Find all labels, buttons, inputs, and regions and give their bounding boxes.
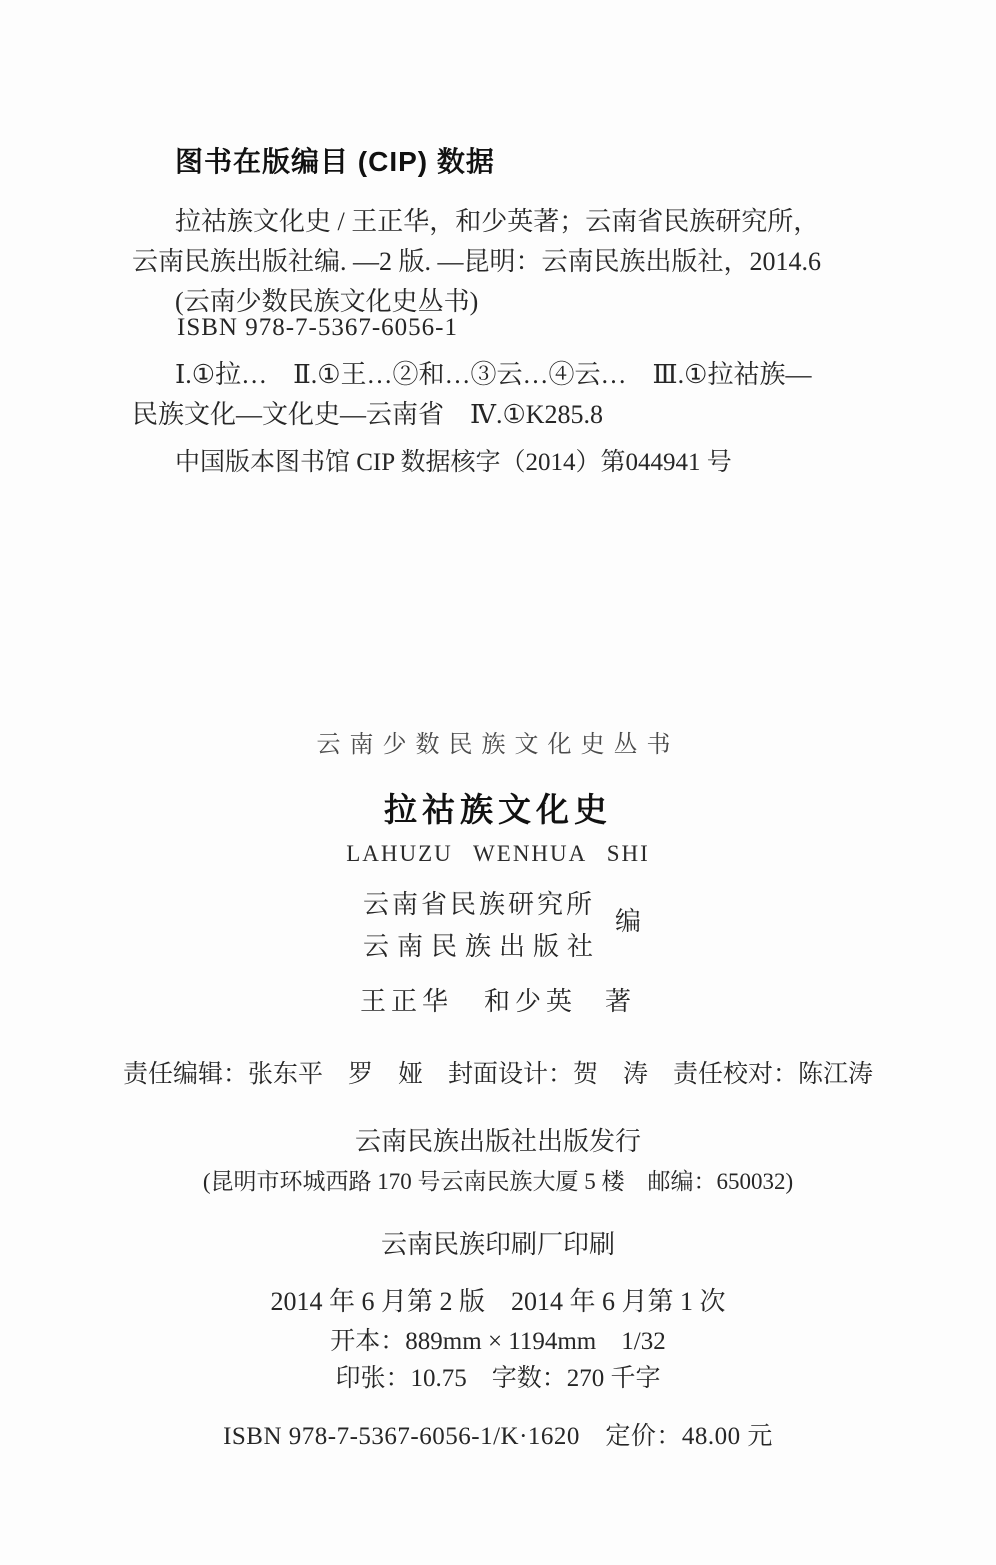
isbn-price-line: ISBN 978-7-5367-6056-1/K·1620 定价：48.00 元: [0, 1416, 996, 1452]
cip-series-note: (云南少数民族文化史丛书): [175, 281, 478, 318]
editor-org-publisher: 云南民族出版社: [363, 926, 601, 968]
cip-isbn: ISBN 978-7-5367-6056-1: [177, 314, 458, 342]
author-names: 王正华 和少英: [360, 987, 577, 1016]
format-line: 开本：889mm × 1194mm 1/32: [0, 1321, 996, 1357]
publisher-line: 云南民族出版社出版发行: [0, 1121, 996, 1158]
author-role-label: 著: [605, 987, 636, 1016]
cip-entry-line-1: 拉祜族文化史 / 王正华，和少英著；云南省民族研究所，: [175, 201, 819, 238]
editor-role-label: 编: [615, 901, 641, 938]
sheets-wordcount-line: 印张：10.75 字数：270 千字: [0, 1358, 996, 1394]
printer-line: 云南民族印刷厂印刷: [0, 1224, 996, 1261]
series-title: 云南少数民族文化史丛书: [0, 724, 996, 759]
book-copyright-page: 图书在版编目 (CIP) 数据 拉祜族文化史 / 王正华，和少英著；云南省民族研…: [0, 0, 996, 1565]
authors-line: 王正华 和少英著: [0, 981, 996, 1018]
editor-org-research-institute: 云南省民族研究所: [363, 884, 601, 926]
edition-impression-line: 2014 年 6 月第 2 版 2014 年 6 月第 1 次: [0, 1281, 996, 1318]
staff-credits-line: 责任编辑：张东平 罗 娅 封面设计：贺 涛 责任校对：陈江涛: [0, 1054, 996, 1090]
cip-entry-line-2: 云南民族出版社编. —2 版. —昆明：云南民族出版社，2014.6: [132, 241, 821, 278]
cip-record-number: 中国版本图书馆 CIP 数据核字（2014）第044941 号: [175, 442, 732, 478]
book-title: 拉祜族文化史: [0, 784, 996, 831]
publisher-address-line: (昆明市环城西路 170 号云南民族大厦 5 楼 邮编：650032): [0, 1163, 996, 1196]
cip-classification-line-1: Ⅰ.①拉… Ⅱ.①王…②和…③云…④云… Ⅲ.①拉祜族—: [175, 354, 811, 391]
cip-classification-line-2: 民族文化—文化史—云南省 Ⅳ.①K285.8: [132, 394, 603, 431]
editor-organizations: 云南省民族研究所 云南民族出版社: [363, 884, 601, 968]
cip-header: 图书在版编目 (CIP) 数据: [175, 140, 495, 180]
book-title-pinyin: LAHUZU WENHUA SHI: [0, 841, 996, 867]
